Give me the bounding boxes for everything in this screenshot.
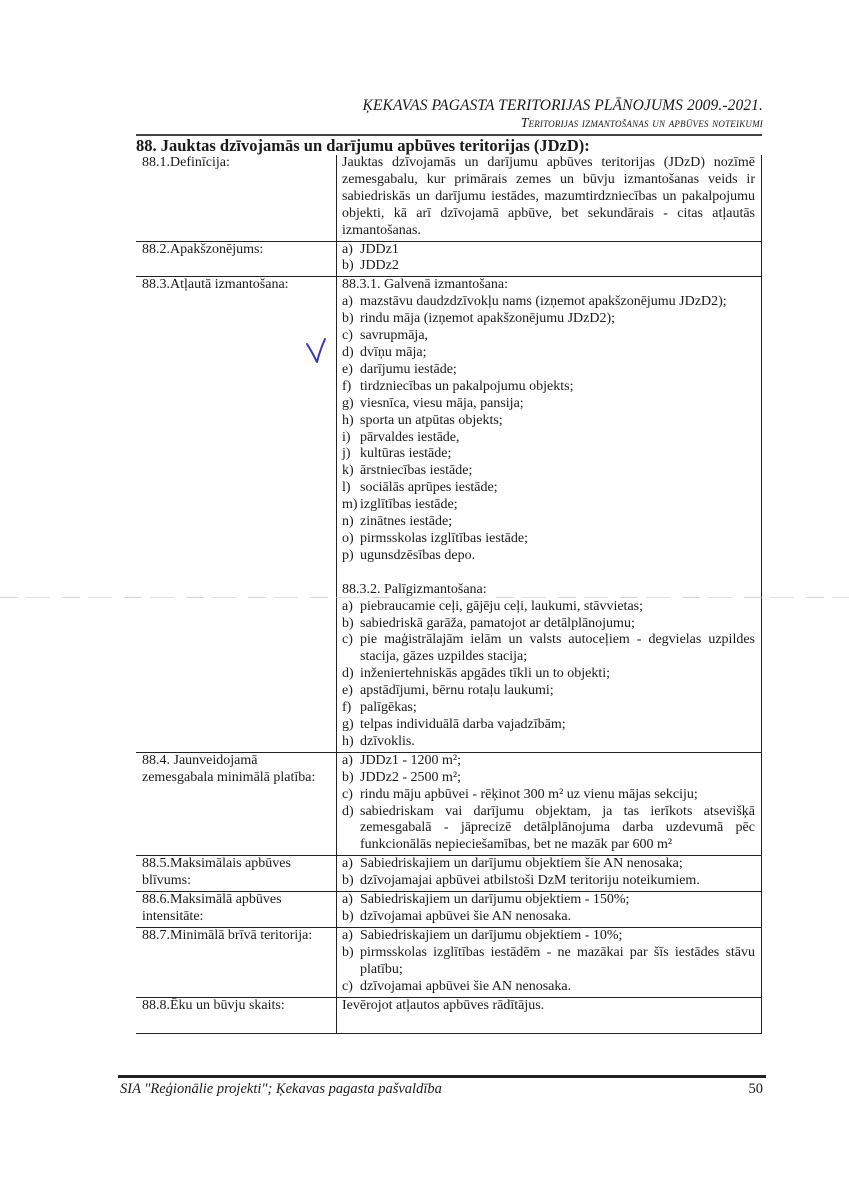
list-text: savrupmāja, [360, 328, 755, 345]
table-row-max-intensity: 88.6.Maksimālā apbūves intensitāte: a)Sa… [136, 892, 762, 928]
main-use-list: a)mazstāvu daudzdzīvokļu nams (izņemot a… [342, 294, 755, 565]
list-marker: b) [342, 311, 360, 328]
list-item: e)darījumu iestāde; [342, 362, 755, 379]
list-item: a)piebraucamie ceļi, gājēju ceļi, laukum… [342, 599, 755, 616]
list-marker: m) [342, 497, 360, 514]
list-marker: b) [342, 616, 360, 633]
list-marker: o) [342, 531, 360, 548]
list-item: a)Sabiedriskajiem un darījumu objektiem … [342, 856, 755, 873]
max-density-list: a)Sabiedriskajiem un darījumu objektiem … [337, 856, 762, 892]
list-marker: n) [342, 514, 360, 531]
list-item: c)rindu māju apbūvei - rēķinot 300 m² uz… [342, 787, 755, 804]
list-marker: b) [342, 770, 360, 787]
document-title: ĶEKAVAS PAGASTA TERITORIJAS PLĀNOJUMS 20… [363, 97, 764, 115]
subzoning-list: a)JDDz1b)JDDz2 [337, 241, 762, 277]
list-marker: h) [342, 413, 360, 430]
table-row-building-count: 88.8.Ēku un būvju skaits: Ievērojot atļa… [136, 997, 762, 1033]
footer-divider [118, 1075, 766, 1078]
list-text: Sabiedriskajiem un darījumu objektiem - … [360, 928, 755, 945]
list-item: h)sporta un atpūtas objekts; [342, 413, 755, 430]
list-item: j)kultūras iestāde; [342, 446, 755, 463]
list-text: pirmsskolas izglītības iestādēm - ne maz… [360, 945, 755, 979]
list-item: d)sabiedriskam vai darījumu objektam, ja… [342, 804, 755, 855]
list-text: sporta un atpūtas objekts; [360, 413, 755, 430]
list-item: b)dzīvojamajai apbūvei atbilstoši DzM te… [342, 873, 755, 890]
definition-text: Jauktas dzīvojamās un darījumu apbūves t… [337, 155, 762, 241]
list-marker: d) [342, 666, 360, 683]
table-row-max-density: 88.5.Maksimālais apbūves blīvums: a)Sabi… [136, 856, 762, 892]
list-marker: d) [342, 804, 360, 855]
row-label: 88.2.Apakšzonējums: [136, 241, 337, 277]
list-text: darījumu iestāde; [360, 362, 755, 379]
list-item: k)ārstniecības iestāde; [342, 463, 755, 480]
min-free-list: a)Sabiedriskajiem un darījumu objektiem … [337, 927, 762, 997]
page-number: 50 [749, 1081, 764, 1098]
list-marker: f) [342, 379, 360, 396]
list-item: e)apstādījumi, bērnu rotaļu laukumi; [342, 683, 755, 700]
list-marker: c) [342, 787, 360, 804]
list-text: piebraucamie ceļi, gājēju ceļi, laukumi,… [360, 599, 755, 616]
list-marker: g) [342, 717, 360, 734]
regulations-table: 88.1.Definīcija: Jauktas dzīvojamās un d… [136, 155, 762, 1034]
list-text: kultūras iestāde; [360, 446, 755, 463]
row-label: 88.8.Ēku un būvju skaits: [136, 997, 337, 1033]
list-marker: a) [342, 856, 360, 873]
list-text: apstādījumi, bērnu rotaļu laukumi; [360, 683, 755, 700]
max-intensity-list: a)Sabiedriskajiem un darījumu objektiem … [337, 892, 762, 928]
list-text: pārvaldes iestāde, [360, 430, 755, 447]
row-label: 88.1.Definīcija: [136, 155, 337, 241]
section-title: 88. Jauktas dzīvojamās un darījumu apbūv… [136, 136, 590, 156]
list-marker: b) [342, 909, 360, 926]
list-text: dzīvojamai apbūvei šie AN nenosaka. [360, 909, 755, 926]
list-marker: f) [342, 700, 360, 717]
list-marker: a) [342, 753, 360, 770]
list-text: telpas individuālā darba vajadzībām; [360, 717, 755, 734]
list-text: JDDz2 [360, 258, 755, 275]
row-label: 88.7.Minimālā brīvā teritorija: [136, 927, 337, 997]
list-item: g)telpas individuālā darba vajadzībām; [342, 717, 755, 734]
list-text: pirmsskolas izglītības iestāde; [360, 531, 755, 548]
list-marker: a) [342, 242, 360, 259]
list-item: a)JDDz1 - 1200 m²; [342, 753, 755, 770]
list-marker: a) [342, 892, 360, 909]
list-item: a)Sabiedriskajiem un darījumu objektiem … [342, 892, 755, 909]
document-subtitle: Teritorijas izmantošanas un apbūves note… [363, 115, 764, 131]
list-marker: d) [342, 345, 360, 362]
list-text: JDDz2 - 2500 m²; [360, 770, 755, 787]
list-text: palīgēkas; [360, 700, 755, 717]
list-text: Sabiedriskajiem un darījumu objektiem - … [360, 892, 755, 909]
list-item: c)pie maģistrālajām ielām un valsts auto… [342, 632, 755, 666]
list-item: d)inženiertehniskās apgādes tīkli un to … [342, 666, 755, 683]
list-text: zinātnes iestāde; [360, 514, 755, 531]
list-marker: a) [342, 294, 360, 311]
list-marker: c) [342, 979, 360, 996]
row-label: 88.4. Jaunveidojamā zemesgabala minimālā… [136, 752, 337, 855]
table-row-permitted-use: 88.3.Atļautā izmantošana: 88.3.1. Galven… [136, 277, 762, 752]
list-text: izglītības iestāde; [360, 497, 755, 514]
list-marker: b) [342, 258, 360, 275]
list-text: dvīņu māja; [360, 345, 755, 362]
list-text: dzīvojamajai apbūvei atbilstoši DzM teri… [360, 873, 755, 890]
list-item: b)JDDz2 - 2500 m²; [342, 770, 755, 787]
list-item: f)tirdzniecības un pakalpojumu objekts; [342, 379, 755, 396]
list-item: f)palīgēkas; [342, 700, 755, 717]
list-text: pie maģistrālajām ielām un valsts autoce… [360, 632, 755, 666]
list-item: b)dzīvojamai apbūvei šie AN nenosaka. [342, 909, 755, 926]
list-marker: a) [342, 599, 360, 616]
list-item: c)savrupmāja, [342, 328, 755, 345]
list-item: a)JDDz1 [342, 242, 755, 259]
list-item: h)dzīvoklis. [342, 734, 755, 751]
list-item: g)viesnīca, viesu māja, pansija; [342, 396, 755, 413]
list-marker: c) [342, 328, 360, 345]
list-text: ugunsdzēsības depo. [360, 548, 755, 565]
list-marker: l) [342, 480, 360, 497]
list-text: sabiedriskam vai darījumu objektam, ja t… [360, 804, 755, 855]
list-item: o)pirmsskolas izglītības iestāde; [342, 531, 755, 548]
table-row-min-free: 88.7.Minimālā brīvā teritorija: a)Sabied… [136, 927, 762, 997]
list-text: ārstniecības iestāde; [360, 463, 755, 480]
row-label: 88.6.Maksimālā apbūves intensitāte: [136, 892, 337, 928]
list-text: dzīvojamai apbūvei šie AN nenosaka. [360, 979, 755, 996]
list-marker: e) [342, 683, 360, 700]
list-marker: b) [342, 945, 360, 979]
list-marker: a) [342, 928, 360, 945]
handwritten-checkmark-icon [305, 336, 329, 366]
aux-use-list: a)piebraucamie ceļi, gājēju ceļi, laukum… [342, 599, 755, 751]
list-text: inženiertehniskās apgādes tīkli un to ob… [360, 666, 755, 683]
list-item: b)pirmsskolas izglītības iestādēm - ne m… [342, 945, 755, 979]
list-item: i)pārvaldes iestāde, [342, 430, 755, 447]
list-item: l)sociālās aprūpes iestāde; [342, 480, 755, 497]
list-item: b)rindu māja (izņemot apakšzonējumu JDzD… [342, 311, 755, 328]
list-item: a)mazstāvu daudzdzīvokļu nams (izņemot a… [342, 294, 755, 311]
table-row-min-area: 88.4. Jaunveidojamā zemesgabala minimālā… [136, 752, 762, 855]
list-marker: c) [342, 632, 360, 666]
list-text: JDDz1 [360, 242, 755, 259]
scan-artifact [0, 597, 849, 598]
list-text: tirdzniecības un pakalpojumu objekts; [360, 379, 755, 396]
list-text: sabiedriskā garāža, pamatojot ar detālpl… [360, 616, 755, 633]
building-count-text: Ievērojot atļautos apbūves rādītājus. [337, 997, 762, 1033]
list-marker: e) [342, 362, 360, 379]
list-text: Sabiedriskajiem un darījumu objektiem ši… [360, 856, 755, 873]
table-row-subzoning: 88.2.Apakšzonējums: a)JDDz1b)JDDz2 [136, 241, 762, 277]
list-item: p)ugunsdzēsības depo. [342, 548, 755, 565]
list-marker: g) [342, 396, 360, 413]
list-item: n)zinātnes iestāde; [342, 514, 755, 531]
list-item: d)dvīņu māja; [342, 345, 755, 362]
list-marker: k) [342, 463, 360, 480]
list-item: b)JDDz2 [342, 258, 755, 275]
table-row-definition: 88.1.Definīcija: Jauktas dzīvojamās un d… [136, 155, 762, 241]
list-text: JDDz1 - 1200 m²; [360, 753, 755, 770]
list-marker: b) [342, 873, 360, 890]
list-text: dzīvoklis. [360, 734, 755, 751]
main-use-heading: 88.3.1. Galvenā izmantošana: [342, 277, 755, 294]
list-item: m)izglītības iestāde; [342, 497, 755, 514]
list-text: viesnīca, viesu māja, pansija; [360, 396, 755, 413]
list-marker: h) [342, 734, 360, 751]
list-item: c)dzīvojamai apbūvei šie AN nenosaka. [342, 979, 755, 996]
list-item: a)Sabiedriskajiem un darījumu objektiem … [342, 928, 755, 945]
list-text: sociālās aprūpes iestāde; [360, 480, 755, 497]
page-header: ĶEKAVAS PAGASTA TERITORIJAS PLĀNOJUMS 20… [363, 97, 764, 131]
list-item: b)sabiedriskā garāža, pamatojot ar detāl… [342, 616, 755, 633]
list-text: mazstāvu daudzdzīvokļu nams (izņemot apa… [360, 294, 755, 311]
list-marker: p) [342, 548, 360, 565]
list-marker: j) [342, 446, 360, 463]
list-text: rindu māju apbūvei - rēķinot 300 m² uz v… [360, 787, 755, 804]
row-label: 88.5.Maksimālais apbūves blīvums: [136, 856, 337, 892]
permitted-use-cell: 88.3.1. Galvenā izmantošana: a)mazstāvu … [337, 277, 762, 752]
list-marker: i) [342, 430, 360, 447]
footer-credit: SIA "Reģionālie projekti"; Ķekavas pagas… [120, 1081, 442, 1098]
list-text: rindu māja (izņemot apakšzonējumu JDzD2)… [360, 311, 755, 328]
min-area-list: a)JDDz1 - 1200 m²;b)JDDz2 - 2500 m²;c)ri… [337, 752, 762, 855]
